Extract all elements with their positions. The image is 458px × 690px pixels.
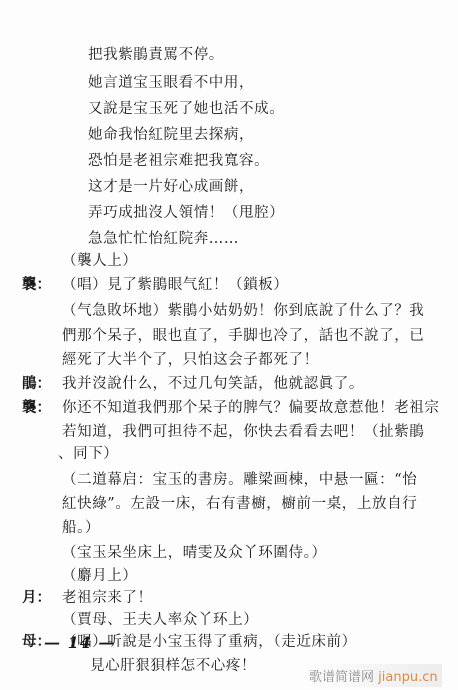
dialogue-line: 經死了大半个了，只怕这会子都死了！ (62, 350, 319, 370)
dialogue-line: 、同下） (58, 444, 118, 464)
book-page: 把我紫鵑責罵不停。 她言道宝玉眼看不中用， 又說是宝玉死了她也活不成。 她命我怡… (0, 0, 458, 690)
verse-line: 弄巧成拙沒人領情！（甩腔） (88, 203, 284, 223)
verse-line: 她命我怡紅院里去探病， (88, 125, 254, 145)
stage-direction: 紅快綠”。左設一床，右有書櫥，櫥前一桌，上放自行 (62, 494, 417, 514)
verse-line: 又說是宝玉死了她也活不成。 (88, 99, 284, 119)
stage-direction: （麝月上） (62, 566, 138, 586)
dialogue-line: 若知道，我們可担待不起，你快去看看去吧！（扯紫鵑 (62, 422, 424, 442)
speaker-label: 月： (22, 588, 51, 608)
watermark-en: jianpu.cn (378, 670, 437, 685)
speaker-label: 鵑： (22, 374, 51, 394)
dialogue-line: 你还不知道我們那个呆子的脾气？偏要故意惹他！老祖宗 (62, 398, 440, 418)
stage-direction: （二道幕启：宝玉的書房。雕梁画棟，中悬一匾：“怡 (62, 470, 417, 490)
dialogue-line: （唱）見了紫鵑眼气紅！（鎖板） (62, 275, 289, 295)
stage-direction: （宝玉呆坐床上，晴雯及众丫环圍侍。） (62, 543, 327, 563)
dialogue-line: 見心肝狠狽样怎不心疼！ (90, 656, 256, 676)
watermark-cn: 歌谱简谱网 (309, 670, 374, 685)
dialogue-line: 們那个呆子，眼也直了，手脚也冷了，話也不說了，已 (62, 326, 424, 346)
speaker-label: 襲： (22, 398, 51, 418)
stage-direction: （賈母、王夫人率众丫环上） (62, 610, 258, 630)
stage-direction: （襲人上） (62, 251, 138, 271)
verse-line: 她言道宝玉眼看不中用， (88, 73, 254, 93)
verse-line: 恐怕是老祖宗难把我寬容。 (88, 151, 269, 171)
verse-line: 把我紫鵑責罵不停。 (88, 45, 224, 65)
watermark: 歌谱简谱网 jianpu.cn (305, 664, 442, 687)
verse-line: 急急忙忙怡紅院奔…… (88, 229, 239, 249)
stage-direction: 船。） (62, 518, 100, 538)
dialogue-line: 老祖宗来了！ (62, 588, 153, 608)
dialogue-line: （气急敗坏地）紫鵑小姑奶奶！你到底說了什么了？我 (62, 301, 424, 321)
dialogue-line: 我并沒說什么，不过几句笑話，他就認眞了。 (62, 374, 364, 394)
speaker-label: 襲： (22, 275, 51, 295)
verse-line: 这才是一片好心成画餅， (88, 177, 254, 197)
page-number: — 14 — (44, 633, 115, 652)
